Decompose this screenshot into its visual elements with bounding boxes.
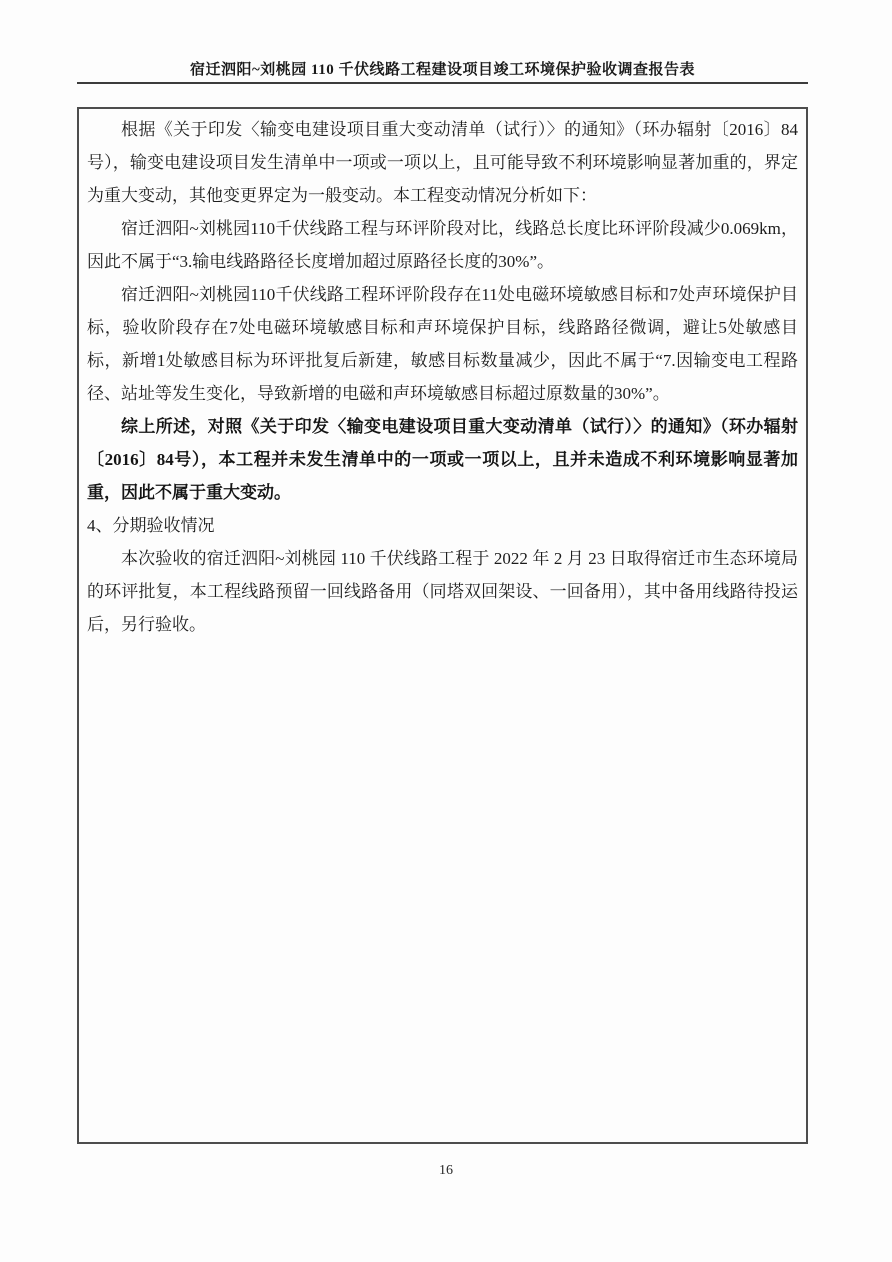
header-rule — [77, 82, 808, 84]
page-header-title: 宿迁泗阳~刘桃园 110 千伏线路工程建设项目竣工环境保护验收调查报告表 — [77, 58, 808, 79]
paragraph-conclusion-bold: 综上所述，对照《关于印发〈输变电建设项目重大变动清单（试行）〉的通知》（环办辐射… — [87, 410, 798, 509]
page-number: 16 — [0, 1163, 892, 1179]
paragraph-sensitive-targets: 宿迁泗阳~刘桃园110千伏线路工程环评阶段存在11处电磁环境敏感目标和7处声环境… — [87, 278, 798, 410]
paragraph-phased-acceptance-detail: 本次验收的宿迁泗阳~刘桃园 110 千伏线路工程于 2022 年 2 月 23 … — [87, 542, 798, 641]
paragraph-line-length-comparison: 宿迁泗阳~刘桃园110千伏线路工程与环评阶段对比，线路总长度比环评阶段减少0.0… — [87, 212, 798, 278]
section-heading-phased-acceptance: 4、分期验收情况 — [87, 509, 798, 542]
document-page: 宿迁泗阳~刘桃园 110 千伏线路工程建设项目竣工环境保护验收调查报告表 根据《… — [0, 0, 892, 1262]
paragraph-major-change-basis: 根据《关于印发〈输变电建设项目重大变动清单（试行）〉的通知》（环办辐射〔2016… — [87, 113, 798, 212]
report-content-box: 根据《关于印发〈输变电建设项目重大变动清单（试行）〉的通知》（环办辐射〔2016… — [77, 107, 808, 1144]
